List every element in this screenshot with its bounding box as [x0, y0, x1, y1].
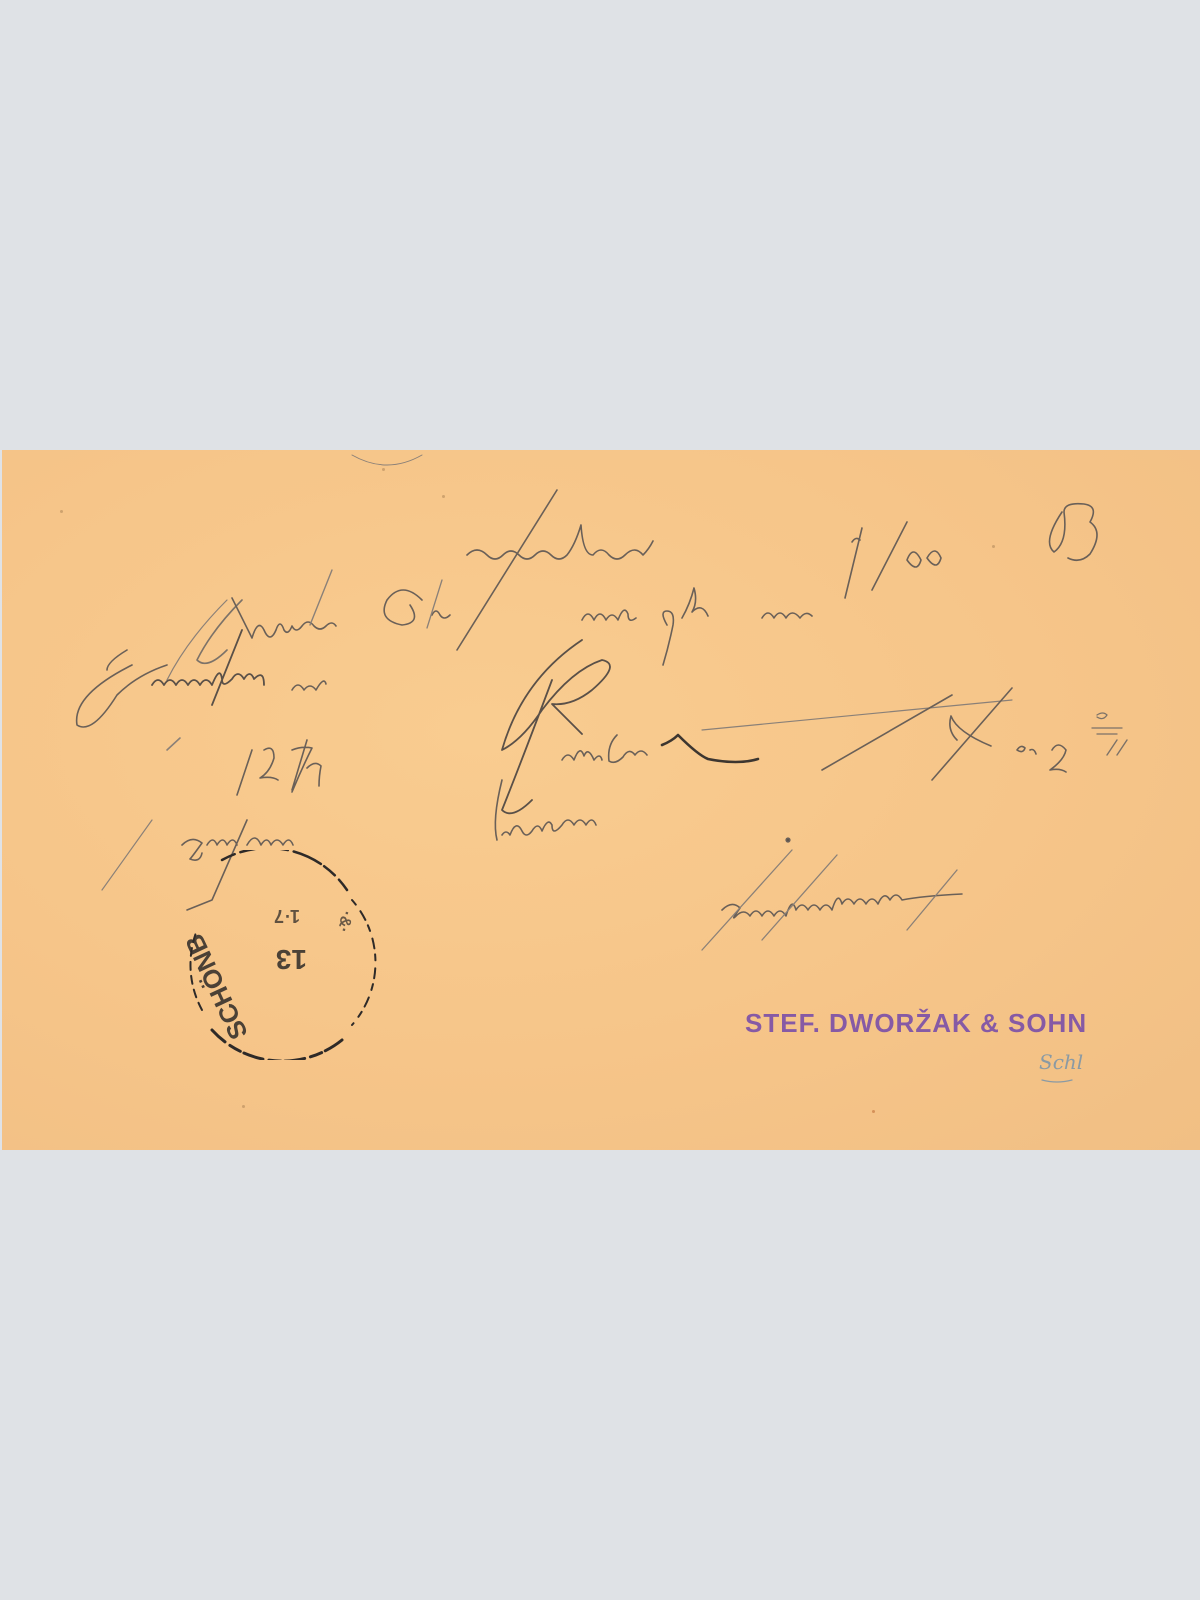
paper-speck — [992, 545, 995, 548]
handwritten-closing: Hochachtungsvoll — [2, 450, 3, 451]
postmark-cancellation: SCHÖNB 13 1·7 ·&· SCHÖNBERG — [182, 850, 382, 1060]
postcard: Freiwaldau 12/10 83 Wollen Sie uns gefl.… — [2, 450, 1200, 1150]
postmark-icon: SCHÖNB 13 1·7 ·&· — [182, 850, 382, 1060]
postmark-town: SCHÖNB — [182, 929, 254, 1044]
pencil-note: Schl — [1039, 1050, 1083, 1074]
handwritten-line-1: Wollen Sie uns gefl. von — [2, 450, 3, 451]
postmark-text: SCHÖNBERG — [382, 850, 383, 851]
paper-speck — [442, 495, 445, 498]
handwritten-line-2: Hermsdorf — [2, 450, 3, 451]
paper-speck — [872, 1110, 875, 1113]
handwritten-line-3: 1/2 Ztr Rohkaffee No 12 a/11 — [2, 450, 3, 451]
sender-stamp: STEF. DWORŽAK & SOHN — [745, 1008, 1087, 1039]
svg-text:·&·: ·&· — [334, 909, 355, 934]
handwritten-place-date: Freiwaldau 12/10 83 — [2, 450, 3, 451]
handwritten-line-4: zugehen lassen. — [2, 450, 3, 451]
paper-speck — [60, 510, 63, 513]
paper-speck — [242, 1105, 245, 1108]
svg-text:1·7: 1·7 — [274, 906, 300, 926]
postmark-day: 13 — [276, 944, 307, 975]
paper-speck — [382, 468, 385, 471]
